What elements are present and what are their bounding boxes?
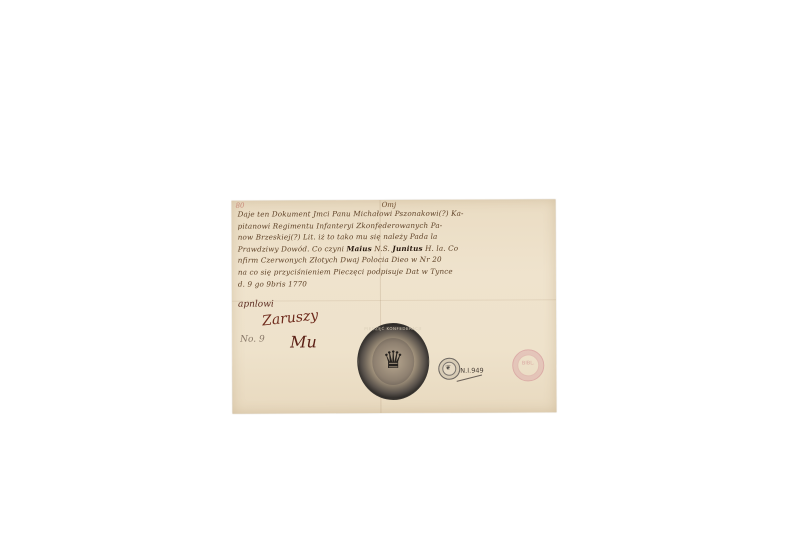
accession-underline — [457, 374, 482, 381]
manuscript-text: Daje ten Dokument Jmci Panu Michałowi Ps… — [238, 207, 552, 290]
signature-note: apnlowi — [238, 300, 274, 310]
bold-word: Maius — [346, 244, 371, 253]
library-stamp-icon: ❦ — [438, 358, 460, 380]
seal-legend: PIECZĘĆ KONFEDERACJI — [364, 326, 422, 331]
signature-initials: Mu — [290, 332, 317, 351]
signature-name: Zaruszy — [261, 307, 319, 329]
eagle-icon: ♛ — [372, 347, 414, 373]
fold-line-horizontal — [232, 299, 556, 301]
wax-seal: PIECZĘĆ KONFEDERACJI ♛ — [357, 323, 429, 400]
red-ownership-stamp: BIBL. — [512, 349, 544, 381]
accession-number: N.I.949 — [460, 367, 483, 375]
text-line: d. 9 go 9bris 1770 — [238, 277, 552, 290]
document-paper: 80 Omj Daje ten Dokument Jmci Panu Micha… — [232, 199, 557, 413]
document-number: No. 9 — [240, 335, 265, 345]
bold-word: Junitus — [392, 244, 422, 253]
